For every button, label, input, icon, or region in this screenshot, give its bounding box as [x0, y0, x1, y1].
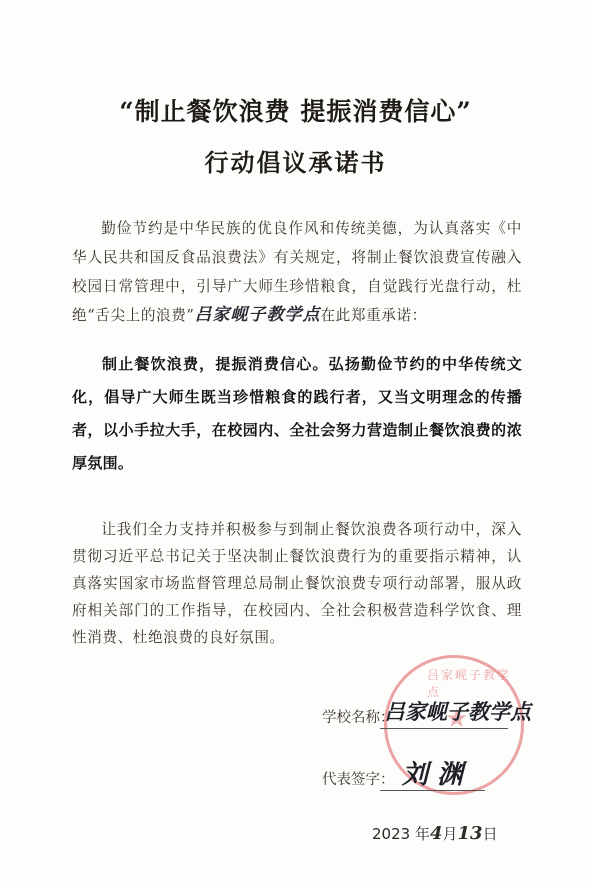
school-name-row: 学校名称： 吕家岘子教学点	[322, 706, 395, 727]
representative-label: 代表签字：	[322, 768, 395, 789]
representative-row: 代表签字： 刘 渊	[322, 768, 395, 789]
document-subtitle: 行动倡议承诺书	[0, 143, 591, 178]
commitment-letter-page: “制止餐饮浪费 提振消费信心” 行动倡议承诺书 勤俭节约是中华民族的优良作风和传…	[0, 0, 591, 886]
paragraph-intro: 勤俭节约是中华民族的优良作风和传统美德，为认真落实《中华人民共和国反食品浪费法》…	[72, 214, 522, 330]
paragraph-pledge: 制止餐饮浪费，提振消费信心。弘扬勤俭节约的中华传统文化，倡导广大师生既当珍惜粮食…	[72, 348, 522, 480]
date-day: 13	[458, 823, 483, 844]
representative-underline	[380, 790, 485, 791]
school-name-underline	[380, 728, 508, 729]
document-title: “制止餐饮浪费 提振消费信心”	[0, 92, 591, 128]
date-month-unit: 月	[443, 825, 458, 843]
school-name-signature: 吕家岘子教学点	[384, 696, 531, 726]
seal-text: 吕家岘子教学点	[427, 666, 521, 700]
signing-date: 2023 年4月13日	[372, 823, 498, 844]
date-year-unit: 年	[415, 825, 430, 843]
date-month: 4	[430, 823, 443, 844]
date-year: 2023	[372, 825, 410, 843]
representative-signature: 刘 渊	[402, 754, 463, 791]
paragraph-intro-tail: 在此郑重承诺：	[320, 307, 426, 324]
paragraph-action: 让我们全力支持并积极参与到制止餐饮浪费各项行动中，深入贯彻习近平总书记关于坚决制…	[72, 516, 522, 651]
date-day-unit: 日	[483, 825, 498, 843]
handwritten-school-name: 吕家岘子教学点	[194, 305, 320, 325]
